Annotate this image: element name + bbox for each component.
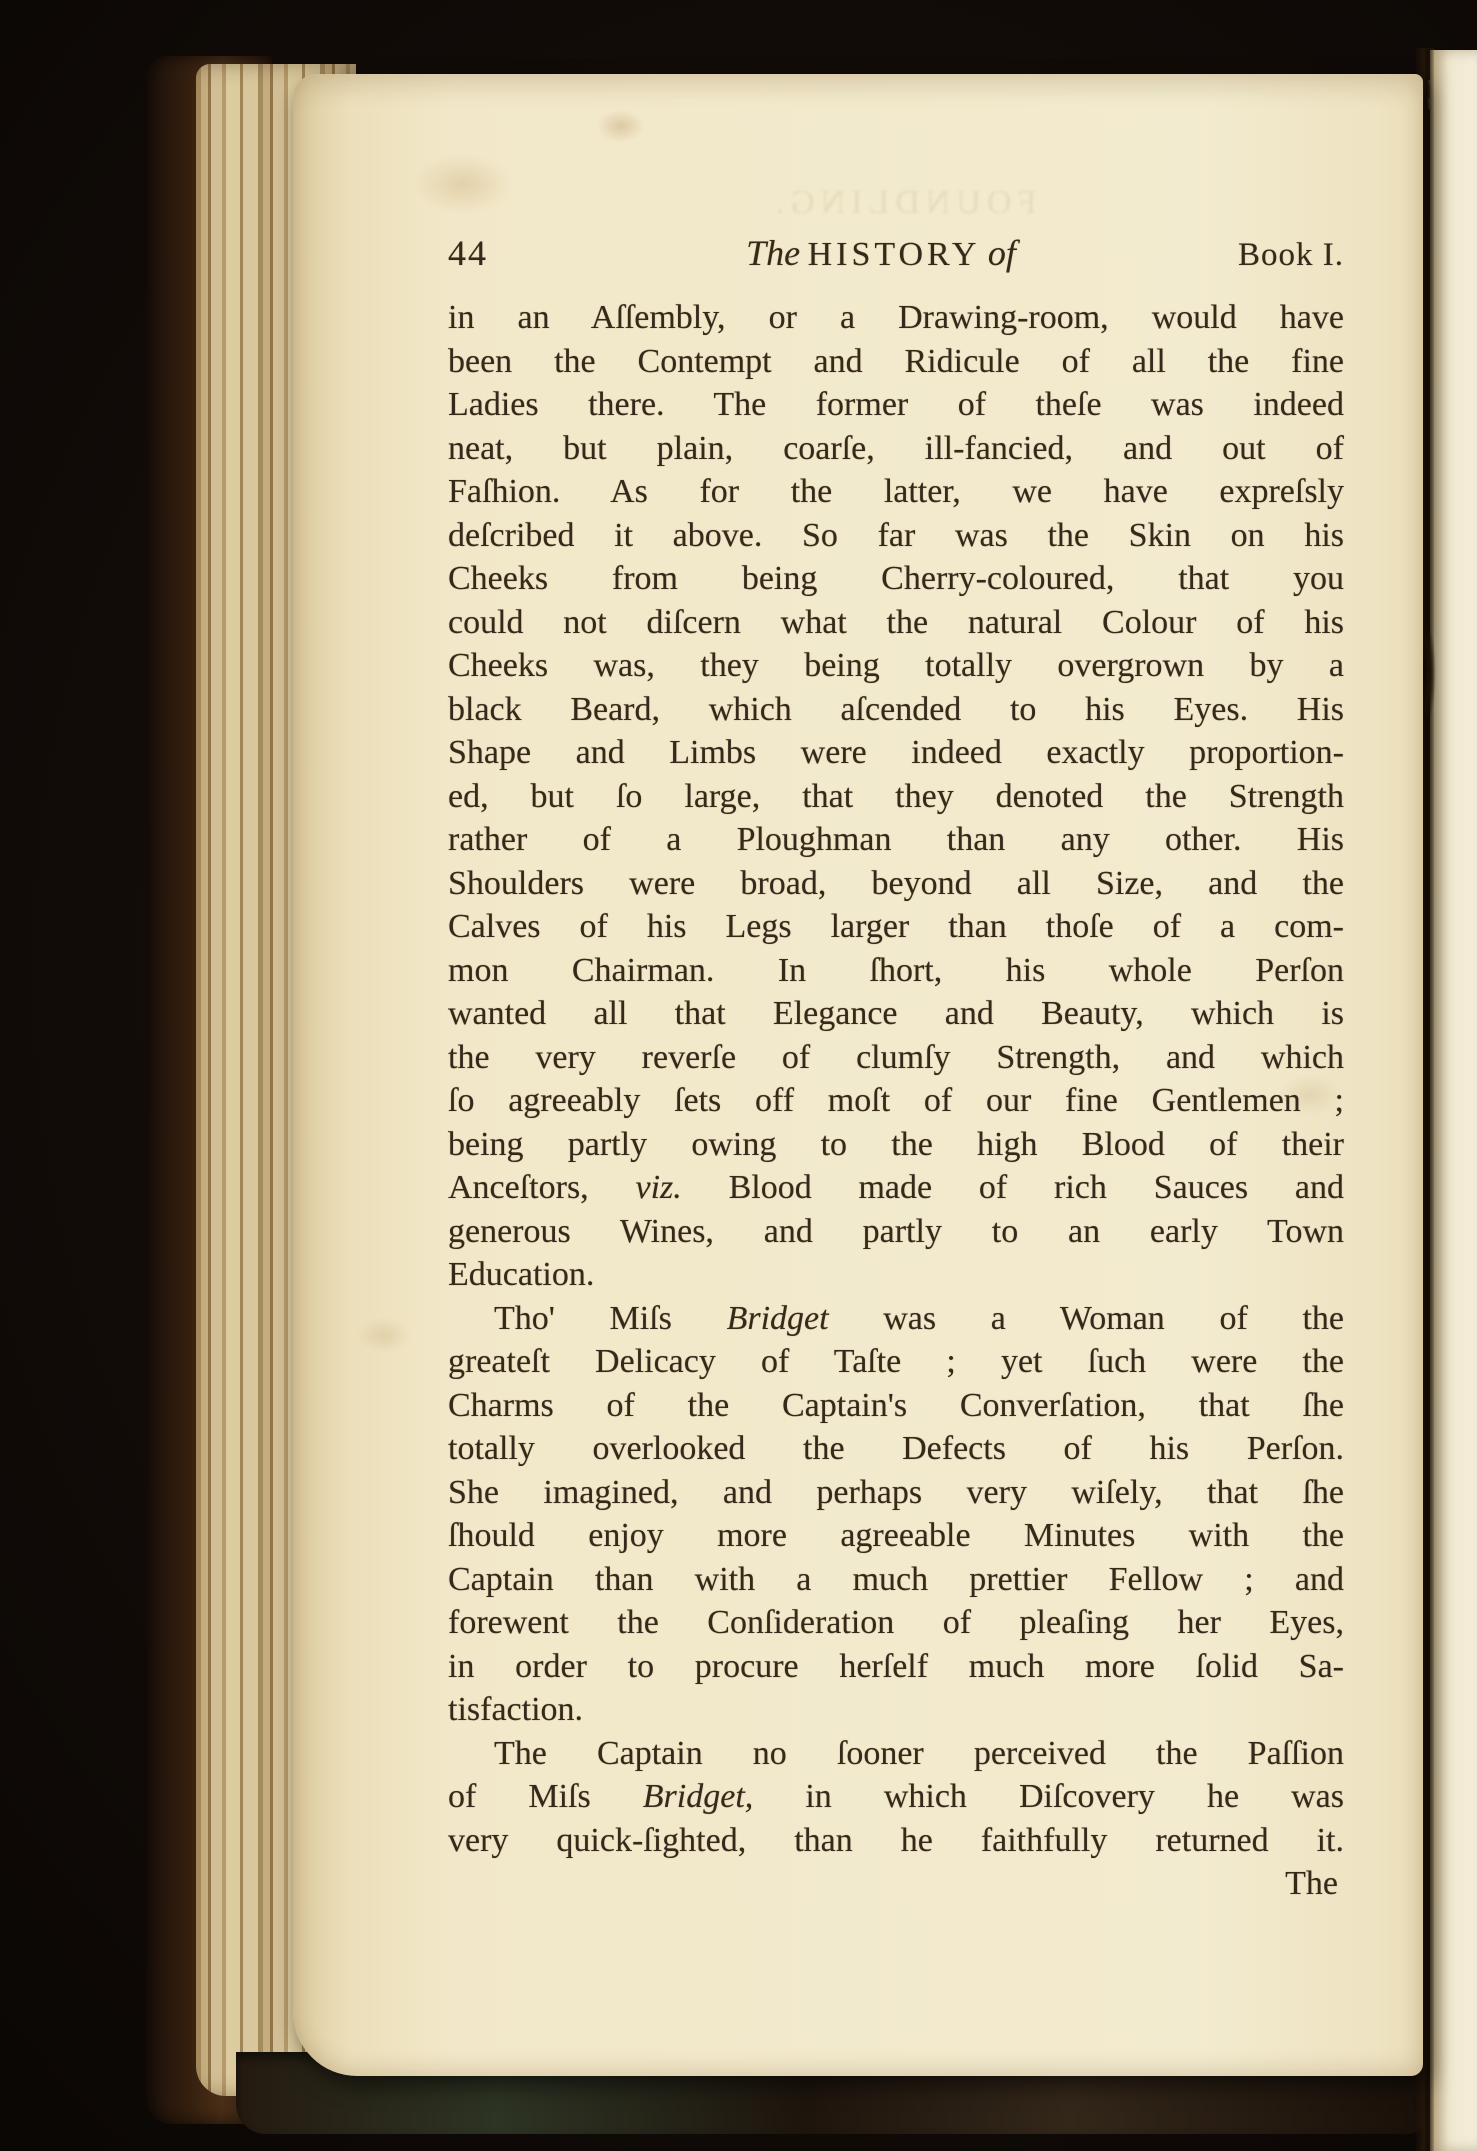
text-line: ſhould enjoy more agreeable Minutes with…: [448, 1514, 1344, 1558]
text-segment-italic: Bridget,: [643, 1778, 753, 1815]
title-word-the: The: [746, 233, 800, 273]
text-line: Calves of his Legs larger than thoſe of …: [448, 905, 1344, 949]
text-line: Shoulders were broad, beyond all Size, a…: [448, 862, 1344, 906]
text-line: Anceſtors, viz. Blood made of rich Sauce…: [448, 1166, 1344, 1210]
title-word-of: of: [988, 233, 1016, 273]
book-label: Book I.: [1174, 237, 1344, 274]
text-segment: was a Woman of the: [829, 1300, 1344, 1337]
text-line: of Miſs Bridget, in which Diſcovery he w…: [448, 1775, 1344, 1819]
facing-page-sliver: [1430, 50, 1477, 2151]
title-word-history: HISTORY: [808, 236, 981, 273]
text-segment: of Miſs: [448, 1778, 643, 1815]
text-line: Ladies there. The former of theſe was in…: [448, 383, 1344, 427]
running-title: The HISTORY of: [588, 232, 1174, 274]
text-segment: in which Diſcovery he was: [753, 1778, 1344, 1815]
text-line: the very reverſe of clumſy Strength, and…: [448, 1036, 1344, 1080]
page-number: 44: [448, 232, 588, 274]
text-line: Cheeks was, they being totally overgrown…: [448, 644, 1344, 688]
running-header: 44 The HISTORY of Book I.: [448, 232, 1344, 284]
text-line: in an Aſſembly, or a Drawing-room, would…: [448, 296, 1344, 340]
text-segment-italic: Bridget: [727, 1300, 829, 1337]
text-line: neat, but plain, coarſe, ill-fancied, an…: [448, 427, 1344, 471]
text-segment: Anceſtors,: [448, 1169, 635, 1206]
text-line: mon Chairman. In ſhort, his whole Perſon: [448, 949, 1344, 993]
text-segment-italic: viz.: [635, 1169, 681, 1206]
text-line: could not diſcern what the natural Colou…: [448, 601, 1344, 645]
text-line: Tho' Miſs Bridget was a Woman of the: [448, 1297, 1344, 1341]
text-line: She imagined, and perhaps very wiſely, t…: [448, 1471, 1344, 1515]
text-line: in order to procure herſelf much more ſo…: [448, 1645, 1344, 1689]
text-line: Captain than with a much prettier Fellow…: [448, 1558, 1344, 1602]
text-line: totally overlooked the Defects of his Pe…: [448, 1427, 1344, 1471]
text-line: Charms of the Captain's Converſation, th…: [448, 1384, 1344, 1428]
catchword: The: [448, 1862, 1344, 1906]
text-line: rather of a Ploughman than any other. Hi…: [448, 818, 1344, 862]
printed-area: 44 The HISTORY of Book I. in an Aſſembly…: [448, 232, 1344, 1906]
text-segment: Tho' Miſs: [494, 1300, 727, 1337]
text-line: generous Wines, and partly to an early T…: [448, 1210, 1344, 1254]
text-line: Cheeks from being Cherry-coloured, that …: [448, 557, 1344, 601]
text-line: Shape and Limbs were indeed exactly prop…: [448, 731, 1344, 775]
text-line: being partly owing to the high Blood of …: [448, 1123, 1344, 1167]
text-line: tisfaction.: [448, 1688, 1344, 1732]
text-line: Faſhion. As for the latter, we have expr…: [448, 470, 1344, 514]
text-line: greateſt Delicacy of Taſte ; yet ſuch we…: [448, 1340, 1344, 1384]
text-line: deſcribed it above. So far was the Skin …: [448, 514, 1344, 558]
body-text: in an Aſſembly, or a Drawing-room, would…: [448, 296, 1344, 1906]
text-line: ſo agreeably ſets off moſt of our fine G…: [448, 1079, 1344, 1123]
text-line: forewent the Conſideration of pleaſing h…: [448, 1601, 1344, 1645]
verso-bleed-through-text: FOUNDLING.: [623, 184, 1183, 222]
book-page: FOUNDLING. 44 The HISTORY of Book I. in …: [293, 74, 1423, 2076]
text-line: very quick-ſighted, than he faithfully r…: [448, 1819, 1344, 1863]
photo-backdrop: { "header": { "page_number": "44", "titl…: [0, 0, 1477, 2151]
text-line: been the Contempt and Ridicule of all th…: [448, 340, 1344, 384]
text-line: black Beard, which aſcended to his Eyes.…: [448, 688, 1344, 732]
text-segment: Blood made of rich Sauces and: [682, 1169, 1344, 1206]
text-line: Education.: [448, 1253, 1344, 1297]
text-line: ed, but ſo large, that they denoted the …: [448, 775, 1344, 819]
text-line: The Captain no ſooner perceived the Paſſ…: [448, 1732, 1344, 1776]
text-line: wanted all that Elegance and Beauty, whi…: [448, 992, 1344, 1036]
